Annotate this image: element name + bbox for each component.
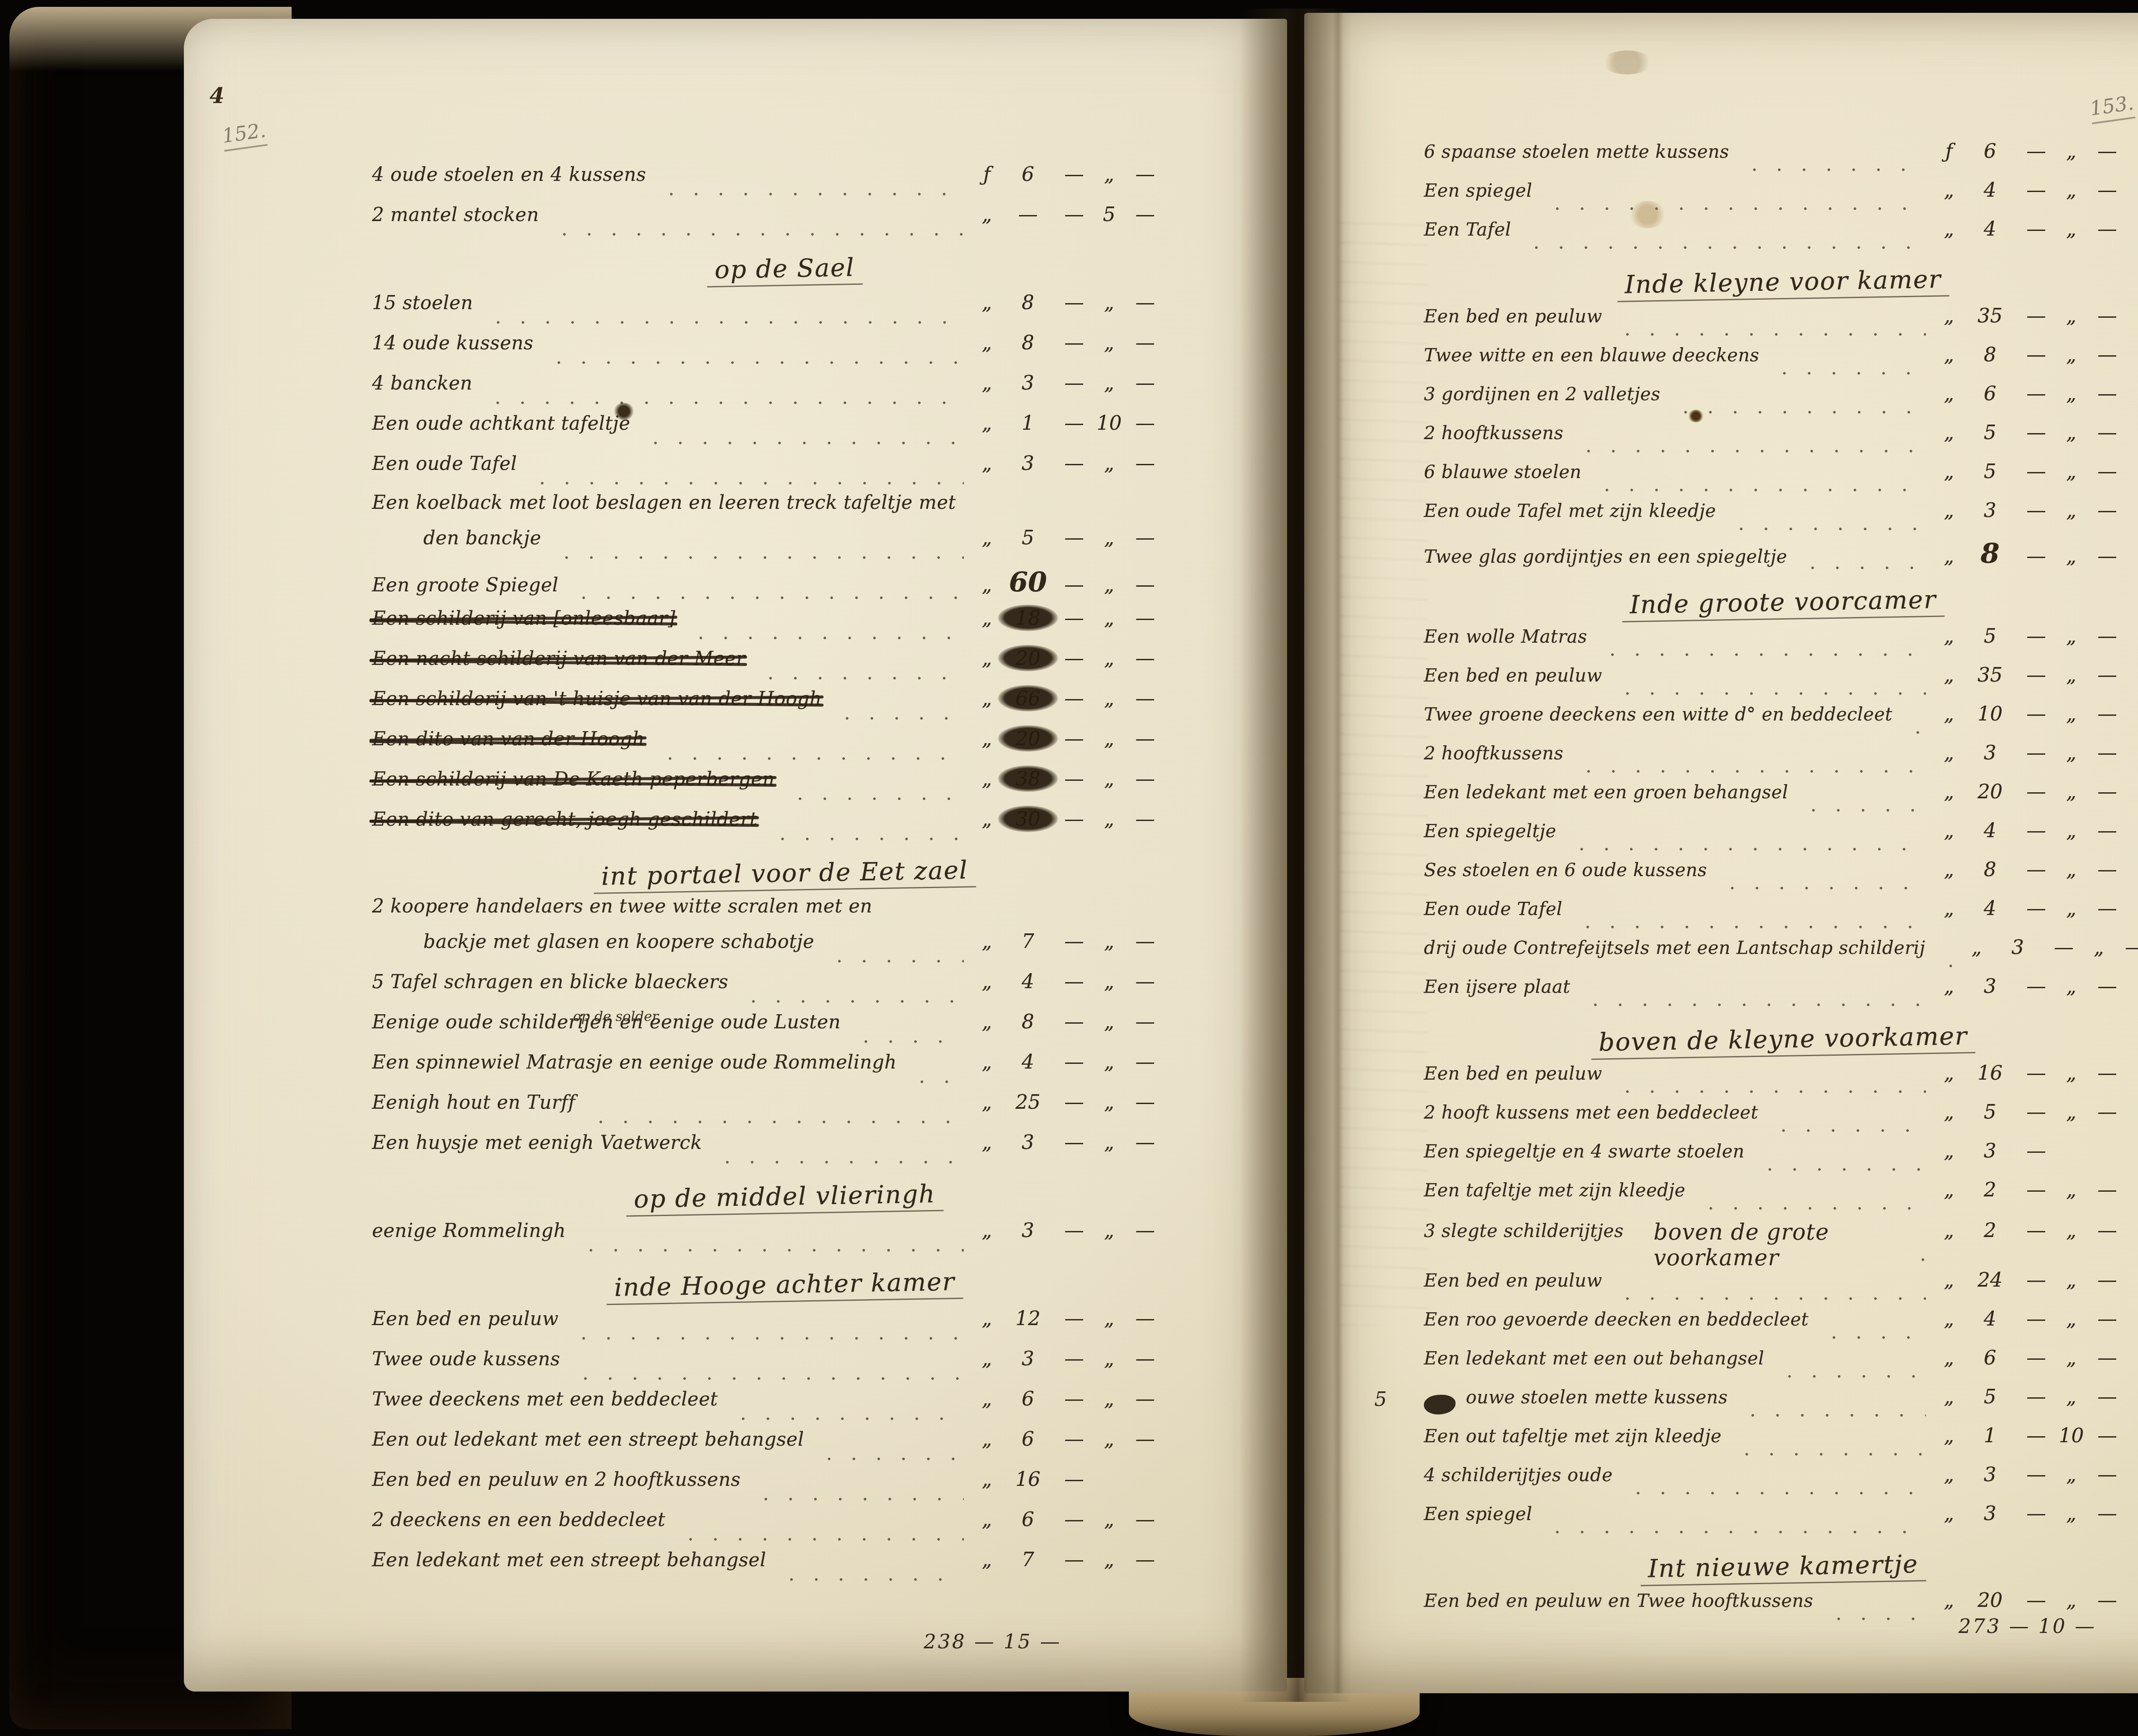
amount-guilders: 66: [1004, 687, 1052, 710]
dot-leader: [486, 320, 964, 325]
carry-total-left: 238 — 15 —: [184, 1630, 1287, 1653]
dot-leader: [1600, 652, 1926, 657]
left-page: 4 152. 4 oude stoelen en 4 kussensƒ6—„—2…: [184, 19, 1287, 1692]
dash-mark: —: [2090, 1346, 2123, 1369]
item-text: Twee groene deeckens een witte d° en bed…: [1424, 704, 1893, 725]
amount: „4—„—: [1937, 819, 2138, 842]
currency-mark: „: [975, 1508, 999, 1531]
amount: „3—„—: [975, 452, 1214, 475]
dash-mark: —: [2019, 343, 2052, 366]
amount-guilders: 38: [1004, 767, 1052, 790]
dot-leader: [1757, 1167, 1926, 1172]
currency-mark: „: [1937, 780, 1961, 803]
dash-mark: —: [2090, 702, 2123, 725]
amount-guilders: 3: [1004, 1131, 1052, 1154]
dash-mark: —: [2090, 1100, 2123, 1123]
section-header-inline: boven de grote voorkamer: [1654, 1219, 1898, 1271]
dash-mark: —: [1128, 727, 1161, 750]
amount-guilders: 20: [1966, 780, 2014, 803]
dash-mark: —: [1128, 291, 1161, 314]
inventory-line: 2 hooftkussens„3—„—: [1424, 741, 2138, 780]
dash-mark: —: [2090, 1588, 2123, 1612]
amount: „5—„—: [1937, 1100, 2138, 1123]
inventory-line: Een spiegel„4—„—: [1424, 178, 2138, 217]
section-header-text: Inde kleyne voor kamer: [1617, 264, 1949, 302]
dot-leader: [546, 360, 964, 365]
dash-mark: —: [1128, 767, 1161, 790]
dot-leader: [1576, 449, 1926, 454]
item-text: den banckje: [423, 527, 541, 549]
currency-mark: „: [975, 1548, 999, 1571]
currency-mark: „: [1937, 1385, 1961, 1408]
dash-mark: —: [2090, 1424, 2123, 1447]
item-text: 3 slegte schilderijtjes: [1424, 1220, 1624, 1241]
dot-leader: [731, 1416, 964, 1421]
amount-stuivers: „: [2058, 1100, 2085, 1123]
amount-stuivers: „: [1096, 331, 1123, 354]
amount-guilders: 3: [1004, 1347, 1052, 1370]
dash-mark: —: [1057, 606, 1090, 629]
dot-leader: [1583, 1002, 1926, 1007]
item-text: Twee oude kussens: [372, 1348, 560, 1370]
amount-stuivers: „: [2058, 1268, 2085, 1291]
dash-mark: —: [2019, 139, 2052, 162]
dash-mark: —: [1057, 1050, 1090, 1073]
amount-stuivers: „: [2058, 139, 2085, 162]
inventory-line: 15 stoelen„8—„—: [372, 291, 1214, 331]
dot-leader: [827, 959, 964, 964]
item-text: Een spinnewiel Matrasje en eenige oude R…: [372, 1051, 897, 1073]
inventory-line: Een out ledekant met een streept behangs…: [372, 1427, 1214, 1467]
item-text: 4 schilderijtjes oude: [1424, 1464, 1613, 1485]
amount-guilders: 6: [1966, 139, 2014, 162]
amount: „1—10—: [975, 411, 1214, 434]
amount-guilders: 2: [1966, 1178, 2014, 1201]
section-header: int portael voor de Eet zael: [372, 851, 1198, 895]
amount-stuivers: 5: [1096, 203, 1123, 226]
amount-stuivers: „: [1096, 1050, 1123, 1073]
dot-leader: [678, 1537, 964, 1542]
dash-mark: —: [2019, 1463, 2052, 1486]
dash-mark: —: [2019, 1061, 2052, 1084]
currency-mark: „: [975, 767, 999, 790]
dash-mark: —: [2019, 178, 2052, 201]
currency-mark: „: [1937, 1346, 1961, 1369]
item-text: Een bed en peuluw en Twee hooftkussens: [1424, 1590, 1813, 1611]
dot-leader: [530, 481, 964, 486]
dash-mark: —: [1057, 371, 1090, 394]
dot-leader: [1698, 1206, 1926, 1211]
dash-mark: —: [2019, 858, 2052, 881]
currency-mark: „: [975, 573, 999, 596]
item-text: Een oude Tafel: [1424, 898, 1562, 919]
dash-mark: —: [1057, 1548, 1090, 1571]
item-text: eenige Rommelingh: [372, 1220, 566, 1242]
dot-leader: [741, 999, 964, 1004]
amount-guilders: 4: [1004, 970, 1052, 993]
amount-stuivers: „: [2085, 936, 2113, 959]
dot-leader: [573, 1376, 964, 1381]
amount: „3—„—: [1937, 1502, 2138, 1525]
dot-leader: [554, 555, 964, 560]
dot-leader: [659, 192, 964, 197]
amount-stuivers: „: [1096, 767, 1123, 790]
paper-smudge: [1601, 50, 1653, 74]
currency-mark: „: [1937, 1100, 1961, 1123]
item-text: 6 spaanse stoelen mette kussens: [1424, 141, 1729, 162]
item-text: Een oude Tafel: [372, 453, 517, 475]
currency-mark: „: [1937, 178, 1961, 201]
item-text: Een spiegel: [1424, 1503, 1532, 1524]
dash-mark: —: [1057, 1307, 1090, 1330]
item-text: 5 Tafel schragen en blicke blaeckers: [372, 971, 728, 993]
amount-stuivers: „: [1096, 162, 1123, 186]
amount-guilders: 4: [1966, 1307, 2014, 1330]
inventory-line: Ses stoelen en 6 oude kussens„8—„—: [1424, 858, 2138, 897]
dash-mark: —: [2090, 382, 2123, 405]
inventory-line: Een spiegeltje„4—„—: [1424, 819, 2138, 858]
dash-mark: —: [2019, 421, 2052, 444]
dash-mark: —: [2019, 1139, 2052, 1162]
currency-mark: „: [975, 930, 999, 953]
amount-guilders: 5: [1966, 1385, 2014, 1408]
dash-mark: —: [2090, 1385, 2123, 1408]
section-header: Int nieuwe kamertje: [1424, 1545, 2138, 1587]
amount-guilders: 16: [1966, 1061, 2014, 1084]
book-gutter-shadow: [1240, 9, 1351, 1702]
amount: „4—„—: [975, 970, 1214, 993]
dash-mark: —: [1128, 203, 1161, 226]
amount: „3—„—: [1937, 974, 2138, 998]
right-page: 153. 5 6 spaanse stoelen mette kussensƒ6…: [1304, 13, 2138, 1693]
inventory-line: Een ledekant met een out behangsel„6—„—: [1424, 1346, 2138, 1385]
amount: „30—„—: [975, 807, 1214, 830]
ink-stain: [614, 403, 634, 420]
amount-guilders: 8: [1966, 537, 2014, 570]
item-text: Een roo gevoerde deecken en beddecleet: [1424, 1309, 1809, 1330]
dot-leader: [910, 1079, 964, 1084]
dash-mark: —: [1128, 452, 1161, 475]
currency-mark: „: [1937, 819, 1961, 842]
currency-mark: „: [1937, 624, 1961, 647]
amount-stuivers: „: [2058, 1307, 2085, 1330]
inventory-line: Een groote Spiegel„60—„—: [372, 566, 1214, 606]
inventory-line: Een oude achtkant tafeltje„1—10—: [372, 411, 1214, 452]
dash-mark: —: [1057, 930, 1090, 953]
amount-stuivers: „: [1096, 647, 1123, 670]
inventory-line: Een ledekant met een groen behangsel„20—…: [1424, 780, 2138, 819]
item-text: Eenigh hout en Turff: [372, 1092, 576, 1113]
amount-stuivers: „: [1096, 970, 1123, 993]
dash-mark: —: [2019, 1502, 2052, 1525]
currency-mark: „: [1937, 544, 1961, 567]
bleed-through-text: [1338, 214, 1428, 1326]
dot-leader: [715, 1160, 964, 1165]
amount-stuivers: „: [1096, 1090, 1123, 1113]
item-text: 4 oude stoelen en 4 kussens: [372, 164, 646, 186]
dash-mark: —: [2019, 780, 2052, 803]
currency-mark: „: [975, 970, 999, 993]
dot-leader: [688, 635, 964, 641]
amount: „3—„—: [1965, 936, 2138, 959]
amount: „4—„—: [1937, 217, 2138, 240]
item-text: 2 deeckens en een beddecleet: [372, 1509, 665, 1531]
inventory-line: Een schilderij van 't huisje van van der…: [372, 687, 1214, 727]
amount-guilders: 8: [1966, 858, 2014, 881]
dash-mark: —: [1128, 573, 1161, 596]
dash-mark: —: [2019, 1307, 2052, 1330]
amount-guilders: 12: [1004, 1307, 1052, 1330]
amount-guilders: 4: [1004, 1050, 1052, 1073]
dash-mark: —: [1128, 970, 1161, 993]
amount-stuivers: „: [1096, 727, 1123, 750]
amount: „7—„—: [975, 930, 1214, 953]
amount-guilders: 16: [1004, 1467, 1052, 1491]
amount-guilders: 3: [1966, 499, 2014, 522]
dash-mark: —: [2090, 819, 2123, 842]
amount-stuivers: „: [2058, 544, 2085, 567]
item-text: Een dito van van der Hoogh: [372, 728, 645, 750]
dot-leader: [788, 796, 964, 801]
item-text: 3 gordijnen en 2 valletjes: [1424, 384, 1660, 404]
dot-leader: [571, 595, 964, 600]
amount-stuivers: „: [2058, 702, 2085, 725]
inventory-line: Een schilderij van [onleesbaar]„18—„—: [372, 606, 1214, 647]
amount: ƒ6—„—: [1937, 139, 2138, 162]
dash-mark: —: [2019, 1268, 2052, 1291]
currency-mark: „: [975, 1467, 999, 1491]
dot-leader: [770, 836, 964, 841]
inventory-line: Een oude Tafel met zijn kleedje„3—„—: [1424, 499, 2138, 537]
amount-stuivers: „: [2058, 178, 2085, 201]
dash-mark: —: [2090, 304, 2123, 327]
currency-mark: „: [1937, 1219, 1961, 1242]
amount-stuivers: „: [2058, 741, 2085, 764]
inventory-line: Een spinnewiel Matrasje en eenige oude R…: [372, 1050, 1214, 1090]
currency-mark: „: [975, 727, 999, 750]
section-header-text: Int nieuwe kamertje: [1640, 1549, 1926, 1586]
currency-mark: „: [975, 526, 999, 549]
dash-mark: —: [2090, 663, 2123, 686]
amount-guilders: 4: [1966, 819, 2014, 842]
amount-stuivers: 10: [1096, 411, 1123, 434]
amount: „4—„—: [975, 1050, 1214, 1073]
amount: „20—„—: [1937, 1588, 2138, 1612]
inventory-line: 5 Tafel schragen en blicke blaeckers„4—„…: [372, 970, 1214, 1010]
currency-mark: „: [1937, 702, 1961, 725]
dash-mark: —: [2019, 544, 2052, 567]
item-text: Een spiegel: [1424, 180, 1532, 201]
section-header: op de middel vlieringh: [372, 1175, 1198, 1218]
inventory-line: Een koelback met loot beslagen en leeren…: [372, 492, 1214, 526]
currency-mark: „: [1937, 974, 1961, 998]
dot-leader: [643, 440, 964, 446]
amount-guilders: 3: [1004, 452, 1052, 475]
amount-guilders: 35: [1966, 663, 2014, 686]
dash-mark: —: [2090, 1268, 2123, 1291]
inventory-line: Een tafeltje met zijn kleedje„2—„—: [1424, 1178, 2138, 1217]
inventory-line: Een out tafeltje met zijn kleedje„1—10—: [1424, 1424, 2138, 1463]
dash-mark: —: [1128, 687, 1161, 710]
inventory-line: 3 gordijnen en 2 valletjes„6—„—: [1424, 382, 2138, 421]
amount-guilders: 6: [1966, 1346, 2014, 1369]
inventory-line: 6 spaanse stoelen mette kussensƒ6—„—: [1424, 139, 2138, 178]
currency-mark: „: [975, 452, 999, 475]
currency-mark: „: [1937, 1502, 1961, 1525]
amount: „35—„—: [1937, 663, 2138, 686]
dash-mark: —: [2090, 1061, 2123, 1084]
dash-mark: —: [2047, 936, 2080, 959]
dash-mark: —: [1057, 1131, 1090, 1154]
amount-stuivers: „: [2058, 819, 2085, 842]
dot-leader: [1615, 691, 1926, 696]
inventory-line: Een oude Tafel„3—„—: [372, 452, 1214, 492]
currency-mark: „: [975, 1010, 999, 1033]
dash-mark: —: [1128, 1347, 1161, 1370]
currency-mark: „: [1937, 897, 1961, 920]
dot-leader: [1911, 1257, 1926, 1262]
dot-leader: [1801, 808, 1926, 813]
dot-leader: [1626, 1491, 1926, 1496]
amount-guilders: 1: [1966, 1424, 2014, 1447]
amount: „3—„—: [1937, 1463, 2138, 1486]
amount: „3—„—: [1937, 499, 2138, 522]
amount-guilders: 3: [1966, 1139, 2014, 1162]
dash-mark: —: [2090, 974, 2123, 998]
currency-mark: „: [975, 1387, 999, 1410]
section-header-text: boven de kleyne voorkamer: [1591, 1021, 1976, 1060]
inventory-line: Een oude Tafel„4—„—: [1424, 897, 2138, 936]
amount: „8—„—: [975, 291, 1214, 314]
dash-mark: —: [1128, 1387, 1161, 1410]
dash-mark: —: [2019, 217, 2052, 240]
inventory-line: Twee witte en een blauwe deeckens„8—„—: [1424, 343, 2138, 382]
amount-stuivers: „: [2058, 382, 2085, 405]
amount-stuivers: „: [1096, 1427, 1123, 1450]
amount-stuivers: „: [1096, 1548, 1123, 1571]
dot-leader: [1800, 565, 1926, 570]
currency-mark: „: [1965, 936, 1989, 959]
dash-mark: —: [2019, 1588, 2052, 1612]
dash-mark: —: [1128, 331, 1161, 354]
dot-leader: [1545, 206, 1926, 211]
amount: „8—„—: [1937, 343, 2138, 366]
dash-mark: —: [1128, 1508, 1161, 1531]
dash-mark: —: [1057, 1427, 1090, 1450]
inventory-line: 4 bancken„3—„—: [372, 371, 1214, 411]
item-text: 6 blauwe stoelen: [1424, 461, 1582, 482]
dash-mark: —: [2019, 1178, 2052, 1201]
dash-mark: —: [1128, 1010, 1161, 1033]
amount-guilders: 8: [1004, 291, 1052, 314]
currency-mark: „: [975, 606, 999, 629]
dash-mark: —: [2019, 663, 2052, 686]
amount-guilders: 35: [1966, 304, 2014, 327]
item-text: Een bed en peuluw: [372, 1308, 558, 1330]
currency-mark: „: [1937, 421, 1961, 444]
item-text: Een ledekant met een streept behangsel: [372, 1549, 766, 1571]
amount: „12—„—: [975, 1307, 1214, 1330]
amount-guilders: 25: [1004, 1090, 1052, 1113]
dash-mark: —: [2090, 1219, 2123, 1242]
item-text: Twee glas gordijntjes en een spiegeltje: [1424, 546, 1787, 567]
item-text: Een huysje met eenigh Vaetwerck: [372, 1132, 702, 1154]
item-text: Een tafeltje met zijn kleedje: [1424, 1180, 1686, 1201]
item-text: Een schilderij van 't huisje van van der…: [372, 688, 822, 710]
currency-mark: „: [975, 203, 999, 226]
dash-mark: —: [2019, 819, 2052, 842]
amount-stuivers: „: [1096, 573, 1123, 596]
inventory-line: 6 blauwe stoelen„5—„—: [1424, 460, 2138, 499]
item-text: Twee deeckens met een beddecleet: [372, 1388, 718, 1410]
amount-guilders: 3: [1966, 1463, 2014, 1486]
item-text: 14 oude kussens: [372, 332, 534, 354]
dash-mark: —: [2019, 460, 2052, 483]
section-header: op de Sael: [372, 247, 1198, 290]
dash-mark: —: [1128, 162, 1161, 186]
inventory-line: 14 oude kussens„8—„—: [372, 331, 1214, 371]
dash-mark: —: [1128, 1131, 1161, 1154]
amount: „5—„—: [975, 526, 1214, 549]
amount-guilders: 4: [1966, 178, 2014, 201]
dash-mark: —: [1057, 1387, 1090, 1410]
paper-stain: [1629, 201, 1666, 228]
section-header: Inde groote voorcamer: [1424, 581, 2138, 623]
item-text: Een ledekant met een groen behangsel: [1424, 782, 1788, 803]
currency-mark: „: [1937, 741, 1961, 764]
amount-guilders: 6: [1966, 382, 2014, 405]
amount-stuivers: „: [1096, 371, 1123, 394]
currency-mark: „: [975, 1219, 999, 1242]
dot-leader: [1734, 1452, 1926, 1457]
inventory-line: Een ledekant met een streept behangsel„7…: [372, 1548, 1214, 1588]
inventory-line: Een Tafel„4—„—: [1424, 217, 2138, 256]
dash-mark: —: [2090, 1463, 2123, 1486]
amount-stuivers: „: [2058, 1061, 2085, 1084]
inventory-line: Een bed en peuluw en 2 hooftkussens„16—: [372, 1467, 1214, 1508]
amount-guilders: 3: [1004, 1219, 1052, 1242]
currency-mark: „: [1937, 217, 1961, 240]
dot-leader: [1772, 371, 1926, 376]
dash-mark: —: [2019, 702, 2052, 725]
dot-leader: [1740, 1413, 1926, 1418]
item-text: Een koelback met loot beslagen en leeren…: [372, 492, 956, 514]
ink-stain: [1688, 410, 1704, 422]
inventory-line: Een dito van gerecht, joegh geschildert„…: [372, 807, 1214, 847]
amount-stuivers: „: [1096, 1010, 1123, 1033]
inventory-line: Een wolle Matras„5—„—: [1424, 624, 2138, 663]
dash-mark: —: [2019, 624, 2052, 647]
amount-stuivers: „: [1096, 1387, 1123, 1410]
amount-stuivers: „: [1096, 1307, 1123, 1330]
amount: „24—„—: [1937, 1268, 2138, 1291]
inventory-line: Twee glas gordijntjes en een spiegeltje„…: [1424, 537, 2138, 576]
dot-leader: [1742, 167, 1926, 172]
dash-mark: —: [2090, 1502, 2123, 1525]
dash-mark: —: [2019, 304, 2052, 327]
dot-leader: [835, 716, 964, 721]
ink-blot: [1424, 1395, 1456, 1414]
inventory-line: 2 koopere handelaers en twee witte scral…: [372, 895, 1214, 930]
amount: „3—: [1937, 1139, 2138, 1162]
currency-mark: „: [1937, 1307, 1961, 1330]
amount: „35—„—: [1937, 304, 2138, 327]
amount: „16—: [975, 1467, 1214, 1491]
dash-mark: —: [1128, 647, 1161, 670]
amount-guilders: 5: [1966, 1100, 2014, 1123]
amount: ƒ6—„—: [975, 162, 1214, 186]
item-text: drij oude Contrefeijtsels met een Lantsc…: [1424, 937, 1925, 958]
